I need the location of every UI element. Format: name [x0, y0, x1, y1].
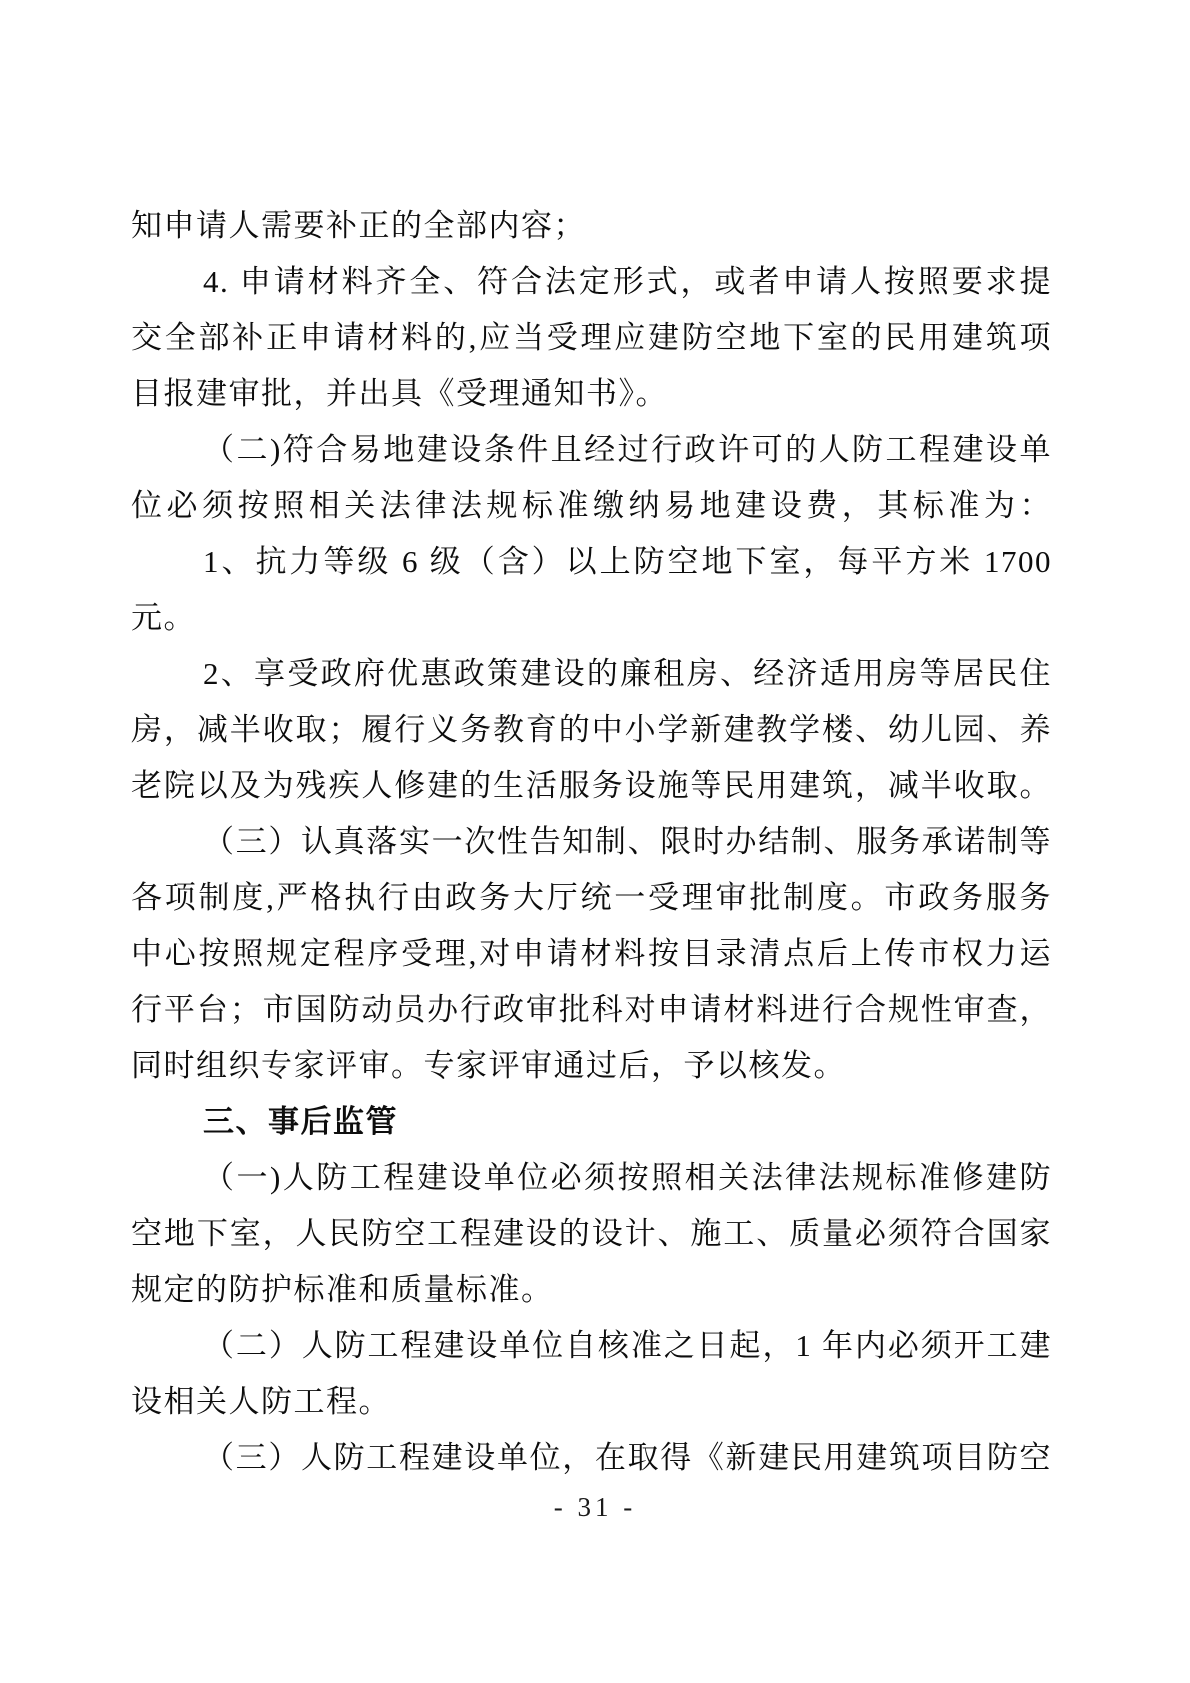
text-line: 规定的防护标准和质量标准。 — [131, 1262, 1052, 1318]
text-line: 空地下室，人民防空工程建设的设计、施工、质量必须符合国家 — [131, 1206, 1052, 1262]
text-line: 知申请人需要补正的全部内容； — [131, 198, 1052, 254]
text-line: 目报建审批，并出具《受理通知书》。 — [131, 366, 1052, 422]
text-line: 1、抗力等级 6 级（含）以上防空地下室，每平方米 1700 — [131, 534, 1052, 590]
section-heading: 三、事后监管 — [131, 1094, 1052, 1150]
text-line: 2、享受政府优惠政策建设的廉租房、经济适用房等居民住 — [131, 646, 1052, 702]
text-line: 中心按照规定程序受理,对申请材料按目录清点后上传市权力运 — [131, 926, 1052, 982]
text-line: 位必须按照相关法律法规标准缴纳易地建设费，其标准为： — [131, 478, 1052, 534]
text-line: 同时组织专家评审。专家评审通过后，予以核发。 — [131, 1038, 1052, 1094]
text-line: 房，减半收取；履行义务教育的中小学新建教学楼、幼儿园、养 — [131, 702, 1052, 758]
text-line: （一)人防工程建设单位必须按照相关法律法规标准修建防 — [131, 1150, 1052, 1206]
text-line: 老院以及为残疾人修建的生活服务设施等民用建筑，减半收取。 — [131, 758, 1052, 814]
text-line: （二)符合易地建设条件且经过行政许可的人防工程建设单 — [131, 422, 1052, 478]
document-page: 知申请人需要补正的全部内容； 4. 申请材料齐全、符合法定形式，或者申请人按照要… — [0, 0, 1190, 1683]
text-line: （二）人防工程建设单位自核准之日起，1 年内必须开工建 — [131, 1318, 1052, 1374]
page-number: - 31 - — [0, 1492, 1190, 1523]
text-line: 元。 — [131, 590, 1052, 646]
text-line: （三）认真落实一次性告知制、限时办结制、服务承诺制等 — [131, 814, 1052, 870]
text-line: 设相关人防工程。 — [131, 1374, 1052, 1430]
document-body: 知申请人需要补正的全部内容； 4. 申请材料齐全、符合法定形式，或者申请人按照要… — [131, 198, 1052, 1486]
text-line: 行平台；市国防动员办行政审批科对申请材料进行合规性审查， — [131, 982, 1052, 1038]
text-line: 各项制度,严格执行由政务大厅统一受理审批制度。市政务服务 — [131, 870, 1052, 926]
text-line: 交全部补正申请材料的,应当受理应建防空地下室的民用建筑项 — [131, 310, 1052, 366]
text-line: 4. 申请材料齐全、符合法定形式，或者申请人按照要求提 — [131, 254, 1052, 310]
text-line: （三）人防工程建设单位，在取得《新建民用建筑项目防空 — [131, 1430, 1052, 1486]
